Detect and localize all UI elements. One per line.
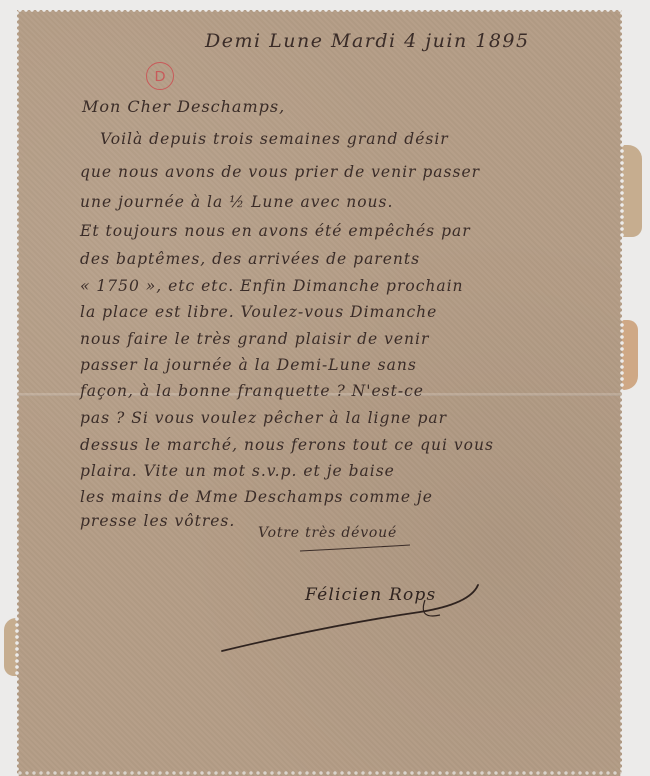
letter-closing: Votre très dévoué: [258, 525, 397, 541]
body-line: pas ? Si vous voulez pêcher à la ligne p…: [80, 409, 447, 427]
perforated-edge-top: [17, 7, 622, 13]
body-line: les mains de Mme Deschamps comme je: [80, 488, 433, 506]
body-line: Voilà depuis trois semaines grand désir: [100, 130, 449, 148]
body-line: « 1750 », etc etc. Enfin Dimanche procha…: [80, 277, 464, 295]
perforated-edge-bottom: [17, 770, 622, 776]
letter-scan: D Demi Lune Mardi 4 juin 1895 Mon Cher D…: [0, 0, 650, 776]
body-line: passer la journée à la Demi-Lune sans: [80, 356, 417, 374]
letter-dateline: Demi Lune Mardi 4 juin 1895: [205, 30, 530, 52]
body-line: des baptêmes, des arrivées de parents: [80, 250, 420, 268]
body-line: plaira. Vite un mot s.v.p. et je baise: [80, 462, 395, 480]
archive-stamp-d: D: [146, 62, 174, 90]
body-line: nous faire le très grand plaisir de veni…: [80, 330, 429, 348]
body-line: presse les vôtres.: [80, 512, 235, 530]
body-line: que nous avons de vous prier de venir pa…: [80, 163, 480, 181]
body-line: dessus le marché, nous ferons tout ce qu…: [80, 436, 494, 454]
body-line: Et toujours nous en avons été empêchés p…: [80, 222, 471, 240]
letter-salutation: Mon Cher Deschamps,: [82, 97, 285, 116]
body-line: la place est libre. Voulez-vous Dimanche: [80, 303, 437, 321]
letter-signature: Félicien Rops: [305, 585, 436, 605]
body-line: une journée à la ½ Lune avec nous.: [80, 193, 393, 211]
body-line: façon, à la bonne franquette ? N'est-ce: [80, 382, 424, 400]
torn-flap-right-upper: [622, 145, 642, 237]
